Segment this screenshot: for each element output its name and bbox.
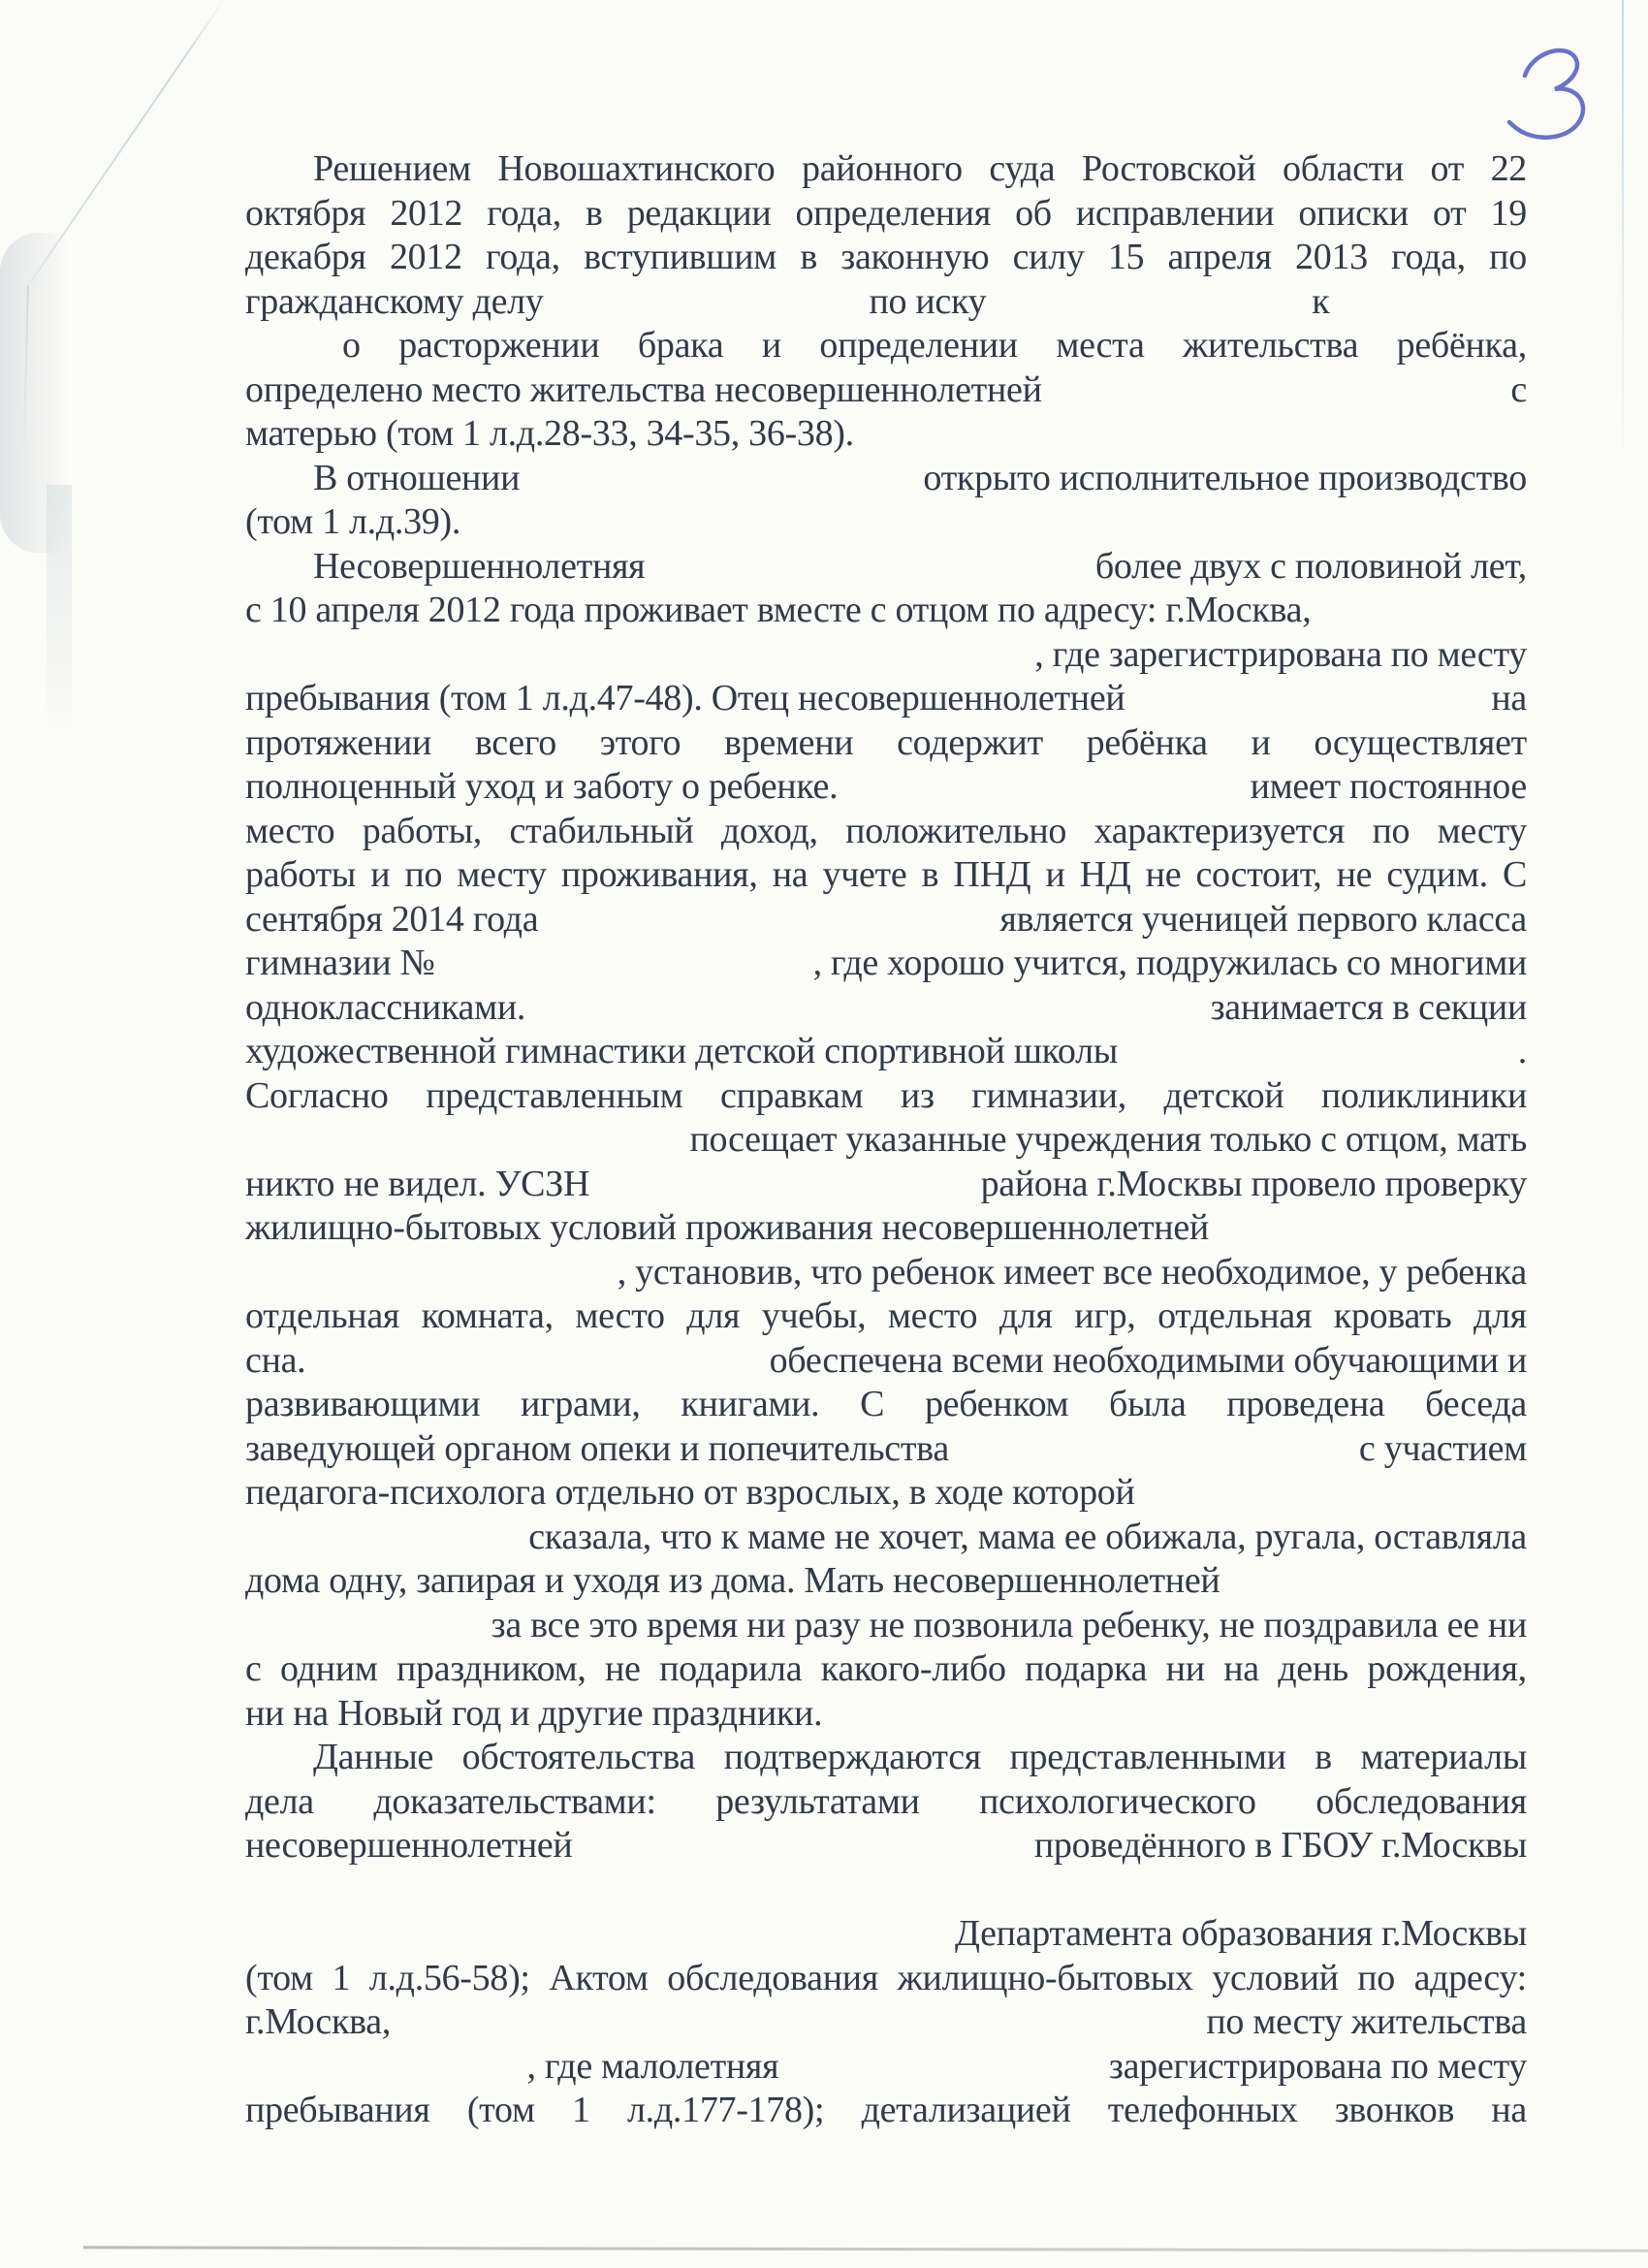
word: этого <box>600 721 681 764</box>
text-line: соднимпраздником,неподарилакакого-либопо… <box>245 1647 1527 1692</box>
redacted-gap <box>572 1856 1033 1857</box>
word: подтверждаются <box>724 1736 981 1778</box>
word: для <box>999 1294 1053 1337</box>
word: стабильный <box>509 810 693 852</box>
word: поликлиники <box>1321 1074 1527 1117</box>
word: кровать <box>1334 1294 1452 1337</box>
text-line: Департамента образования г.Москвы <box>245 1912 1527 1957</box>
redacted-gap <box>1311 621 1527 622</box>
redacted-gap <box>245 1944 955 1945</box>
redacted-gap <box>245 1150 689 1151</box>
word: из <box>901 1074 935 1117</box>
redacted-gap <box>435 974 813 974</box>
redacted-gap <box>1042 400 1511 401</box>
text-segment: жилищно-бытовых условий проживания несов… <box>245 1206 1209 1249</box>
word: л.д.56-58); <box>369 1957 530 1999</box>
text-line: гражданскому делупо искук <box>245 280 1527 325</box>
text-segment: Департамента образования г.Москвы <box>955 1912 1527 1955</box>
text-segment: г.Москва, <box>245 2000 391 2043</box>
word: расторжении <box>398 324 599 367</box>
redacted-gap <box>589 1195 980 1196</box>
word: ребёнка <box>1087 721 1208 764</box>
text-segment: , где малолетняя <box>527 2045 779 2088</box>
word: всего <box>475 721 556 764</box>
word: и <box>1252 721 1271 764</box>
text-line: за все это время ни разу не позвонила ре… <box>245 1604 1527 1648</box>
text-segment: педагога-психолога отдельно от взрослых,… <box>245 1471 1135 1514</box>
redacted-gap <box>838 797 1250 798</box>
word: суда <box>989 147 1055 190</box>
text-segment: более двух с половиной лет, <box>1095 545 1527 588</box>
word: обследования <box>667 1957 878 1999</box>
redacted-gap <box>949 1459 1359 1460</box>
word: не <box>1337 853 1373 896</box>
text-line: художественной гимнастики детской спорти… <box>245 1030 1527 1074</box>
text-line: местоработы,стабильныйдоход,положительно… <box>245 810 1527 854</box>
word: детализацией <box>862 2089 1071 2131</box>
word: определения <box>795 192 991 235</box>
text-segment: с <box>1510 368 1527 411</box>
word: Согласно <box>245 1074 389 1117</box>
word: отдельная <box>245 1294 399 1337</box>
text-line: г.Москва,по месту жительства <box>245 2000 1527 2045</box>
word: силу <box>1013 236 1085 278</box>
text-line: с 10 апреля 2012 года проживает вместе с… <box>245 589 1527 633</box>
word: одним <box>280 1647 377 1690</box>
scanned-document-page: РешениемНовошахтинскогорайонногосудаРост… <box>0 0 1648 2268</box>
word: редакции <box>627 192 772 235</box>
word: проживания, <box>561 853 758 896</box>
text-segment: зарегистрирована по месту <box>1109 2045 1527 2088</box>
word: протяжении <box>245 721 431 764</box>
text-segment: сентября 2014 года <box>245 898 538 941</box>
word: представленным <box>426 1074 682 1117</box>
word: на <box>773 853 808 896</box>
word: ребёнка, <box>1397 324 1527 367</box>
text-line: полноценный уход и заботу о ребенке.имее… <box>245 765 1527 810</box>
text-line: протяжениивсегоэтоговременисодержитребён… <box>245 721 1527 766</box>
word: жилищно-бытовых <box>898 1957 1193 1999</box>
text-line: сентября 2014 годаявляется ученицей перв… <box>245 898 1527 942</box>
word: на <box>1491 2089 1527 2131</box>
word: судим. <box>1386 853 1487 896</box>
word: адресу: <box>1414 1957 1527 1999</box>
word: 1 <box>572 2089 590 2131</box>
word: 19 <box>1491 192 1527 235</box>
word: Решением <box>313 147 471 190</box>
word: отдельная <box>1157 1294 1312 1337</box>
text-segment: (том 1 л.д.39). <box>245 500 460 543</box>
redacted-gap <box>1209 1238 1527 1239</box>
word: учете <box>822 853 906 896</box>
word: дела <box>245 1780 314 1823</box>
word: место <box>575 1294 664 1337</box>
word: и <box>370 853 390 896</box>
text-segment: Несовершеннолетняя <box>313 545 645 588</box>
word: рождения, <box>1367 1647 1526 1690</box>
word: учебы, <box>762 1294 867 1337</box>
word: проведена <box>1226 1383 1384 1425</box>
text-segment: ни на Новый год и другие праздники. <box>245 1692 822 1735</box>
text-line: заведующей органом опеки и попечительств… <box>245 1427 1527 1472</box>
text-line: сна.обеспечена всеми необходимыми обучаю… <box>245 1339 1527 1384</box>
word: обследования <box>1315 1780 1527 1823</box>
word: места <box>1056 324 1144 367</box>
word: и <box>762 324 781 367</box>
text-segment: полноценный уход и заботу о ребенке. <box>245 765 838 808</box>
word: от <box>1433 192 1467 235</box>
scan-left-edge-shadow <box>0 233 92 553</box>
word: районного <box>802 147 963 190</box>
word: с <box>245 1647 262 1690</box>
redacted-gap <box>245 1283 618 1284</box>
text-segment: гражданскому делу <box>245 280 544 323</box>
text-line: никто не видел. УСЗНрайона г.Москвы пров… <box>245 1163 1527 1207</box>
text-segment: . <box>1518 1030 1527 1072</box>
word: описки <box>1298 192 1409 235</box>
word: Новошахтинского <box>497 147 775 190</box>
word: месту <box>1438 810 1527 852</box>
text-line <box>245 1869 1527 1913</box>
text-segment: открыто исполнительное производство <box>923 457 1527 499</box>
word: Ростовской <box>1082 147 1256 190</box>
text-segment: сказала, что к маме не хочет, мама ее об… <box>528 1516 1527 1558</box>
text-line: В отношенииоткрыто исполнительное произв… <box>245 457 1527 501</box>
word: от <box>1431 147 1465 190</box>
text-segment: гимназии № <box>245 942 435 984</box>
word: месту <box>457 853 546 896</box>
word: ПНД <box>953 853 1030 896</box>
redacted-gap <box>1135 1503 1527 1504</box>
text-segment: , где хорошо учится, подружилась со мног… <box>813 942 1527 984</box>
word: состоит, <box>1195 853 1321 896</box>
word: была <box>1109 1383 1187 1425</box>
word: года, <box>486 236 560 278</box>
text-line: РешениемНовошахтинскогорайонногосудаРост… <box>245 147 1527 192</box>
word: ни <box>1166 1647 1205 1690</box>
word: доказательствами: <box>373 1780 655 1823</box>
text-line: матерью (том 1 л.д.28-33, 34-35, 36-38). <box>245 412 1527 457</box>
text-segment: , где зарегистрирована по месту <box>1034 633 1527 676</box>
text-line: (том 1 л.д.39). <box>245 500 1527 545</box>
word: года, <box>487 192 561 235</box>
word: книгами. <box>681 1383 819 1425</box>
word: беседа <box>1425 1383 1527 1425</box>
redacted-gap <box>1220 1591 1527 1592</box>
word: С <box>860 1383 884 1425</box>
text-line: Данныеобстоятельстваподтверждаютсяпредст… <box>245 1736 1527 1780</box>
text-line: декабря2012года,вступившимвзаконнуюсилу1… <box>245 236 1527 280</box>
word: игр, <box>1074 1294 1135 1337</box>
word: для <box>686 1294 740 1337</box>
text-segment: к <box>1312 280 1329 323</box>
text-segment: с участием <box>1359 1427 1527 1470</box>
word: работы <box>245 853 356 896</box>
word: 2013 <box>1295 236 1368 278</box>
word: место <box>245 810 334 852</box>
redacted-gap <box>1118 1062 1518 1063</box>
word: положительно <box>845 810 1066 852</box>
scan-right-edge-line <box>1622 0 1624 446</box>
text-line: одноклассниками.занимается в секции <box>245 986 1527 1031</box>
text-line: октября2012года,вредакцииопределенияобис… <box>245 192 1527 237</box>
word: праздником, <box>396 1647 586 1690</box>
text-segment: несовершеннолетней <box>245 1824 572 1867</box>
redacted-gap <box>1329 312 1527 313</box>
word: доход, <box>721 810 818 852</box>
word: 2012 <box>390 192 462 235</box>
redacted-gap <box>245 665 1034 666</box>
text-segment: на <box>1491 677 1527 719</box>
text-segment: одноклассниками. <box>245 986 525 1029</box>
word: не <box>1146 853 1182 896</box>
word: материалы <box>1360 1736 1526 1778</box>
text-segment: по иску <box>869 280 986 323</box>
word: по <box>1357 1957 1395 1999</box>
text-segment: района г.Москвы провело проверку <box>981 1163 1527 1205</box>
word: Данные <box>313 1736 433 1778</box>
word: апреля <box>1168 236 1272 278</box>
word: об <box>1015 192 1052 235</box>
text-segment: является ученицей первого класса <box>999 898 1527 941</box>
word: в <box>800 236 817 278</box>
word: 1 <box>333 1957 351 1999</box>
text-segment: сна. <box>245 1339 305 1382</box>
word: области <box>1283 147 1404 190</box>
redacted-gap <box>538 930 999 931</box>
scan-fold-line-lower <box>23 286 29 446</box>
word: брака <box>638 324 723 367</box>
text-line: орасторжениибракаиопределенииместажитель… <box>245 324 1527 368</box>
scan-left-edge-shadow-2 <box>47 485 72 737</box>
word: комната, <box>422 1294 554 1337</box>
text-line: несовершеннолетнейпроведённого в ГБОУ г.… <box>245 1824 1527 1869</box>
text-segment: никто не видел. УСЗН <box>245 1163 589 1205</box>
word: играми, <box>521 1383 641 1425</box>
text-segment: с 10 апреля 2012 года проживает вместе с… <box>245 589 1311 631</box>
text-line: , где зарегистрирована по месту <box>245 633 1527 678</box>
redacted-gap <box>391 2032 1206 2033</box>
redacted-gap <box>520 489 923 490</box>
redacted-gap <box>245 1636 491 1637</box>
word: в <box>922 853 939 896</box>
word: л.д.177-178); <box>627 2089 824 2131</box>
text-segment: В отношении <box>313 457 520 499</box>
text-segment: за все это время ни разу не позвонила ре… <box>491 1604 1527 1646</box>
text-segment: матерью (том 1 л.д.28-33, 34-35, 36-38). <box>245 412 854 455</box>
text-segment: определено место жительства несовершенно… <box>245 368 1042 411</box>
word: вступившим <box>584 236 776 278</box>
redacted-gap <box>986 312 1312 313</box>
word: какого-либо <box>821 1647 1006 1690</box>
word: телефонных <box>1108 2089 1298 2131</box>
redacted-gap <box>305 1371 769 1372</box>
word: детской <box>1163 1074 1284 1117</box>
word: по <box>404 853 442 896</box>
word: по <box>1489 236 1527 278</box>
word: НД <box>1080 853 1131 896</box>
text-segment: посещает указанные учреждения только с о… <box>689 1118 1527 1161</box>
text-segment: проведённого в ГБОУ г.Москвы <box>1034 1824 1527 1867</box>
word: 15 <box>1108 236 1144 278</box>
redacted-gap <box>245 1869 1527 1869</box>
redacted-gap <box>645 577 1095 578</box>
text-line: ни на Новый год и другие праздники. <box>245 1692 1527 1737</box>
word: обстоятельства <box>462 1736 695 1778</box>
text-line: пребывания (том 1 л.д.47-48). Отец несов… <box>245 677 1527 721</box>
scan-bottom-edge-line <box>83 2246 1648 2252</box>
word: ребенком <box>925 1383 1068 1425</box>
word: осуществляет <box>1314 721 1527 764</box>
word: и <box>1046 853 1065 896</box>
word: содержит <box>897 721 1043 764</box>
word: законную <box>840 236 989 278</box>
word: не <box>605 1647 641 1690</box>
word: представленными <box>1010 1736 1286 1778</box>
text-segment: занимается в секции <box>1211 986 1527 1029</box>
text-segment: , установив, что ребенок имеет все необх… <box>618 1251 1527 1294</box>
word: условий <box>1212 1957 1338 1999</box>
text-line: развивающимииграми,книгами.Сребенкомбыла… <box>245 1383 1527 1427</box>
text-line: отдельнаякомната,местодляучебы,местодляи… <box>245 1294 1527 1339</box>
redacted-gap <box>525 1018 1210 1019</box>
word: психологического <box>979 1780 1256 1823</box>
scan-fold-line <box>26 0 225 288</box>
word: времени <box>724 721 853 764</box>
word: 2012 <box>390 236 462 278</box>
word: характеризуется <box>1094 810 1346 852</box>
redacted-gap <box>1125 709 1491 710</box>
word: года, <box>1391 236 1466 278</box>
text-line: посещает указанные учреждения только с о… <box>245 1118 1527 1163</box>
word: декабря <box>245 236 366 278</box>
word: день <box>1278 1647 1348 1690</box>
word: гимназии, <box>971 1074 1126 1117</box>
redacted-gap <box>245 2077 527 2078</box>
text-segment: обеспечена всеми необходимыми обучающими… <box>770 1339 1527 1382</box>
text-line: деладоказательствами:результатамипсихоло… <box>245 1780 1527 1825</box>
word: подарила <box>659 1647 802 1690</box>
text-line: Согласнопредставленнымсправкамизгимназии… <box>245 1074 1527 1119</box>
text-segment: имеет постоянное <box>1251 765 1527 808</box>
text-segment: пребывания (том 1 л.д.47-48). Отец несов… <box>245 677 1125 719</box>
word: в <box>1315 1736 1332 1778</box>
word: определении <box>819 324 1017 367</box>
word: октября <box>245 192 365 235</box>
word: о <box>342 324 361 367</box>
text-segment: заведующей органом опеки и попечительств… <box>245 1427 949 1470</box>
word: по <box>1372 810 1410 852</box>
text-line: педагога-психолога отдельно от взрослых,… <box>245 1471 1527 1516</box>
word: (том <box>467 2089 535 2131</box>
redacted-gap <box>544 312 870 313</box>
text-segment: по месту жительства <box>1206 2000 1527 2043</box>
word: развивающими <box>245 1383 480 1425</box>
text-line: пребывания(том1л.д.177-178);детализацией… <box>245 2089 1527 2133</box>
text-line: жилищно-бытовых условий проживания несов… <box>245 1206 1527 1251</box>
redacted-gap <box>778 2077 1109 2078</box>
word: справкам <box>720 1074 863 1117</box>
word: работы, <box>363 810 482 852</box>
word: 22 <box>1491 147 1527 190</box>
text-line: сказала, что к маме не хочет, мама ее об… <box>245 1516 1527 1560</box>
word: (том <box>245 1957 313 1999</box>
text-segment: художественной гимнастики детской спорти… <box>245 1030 1118 1072</box>
text-line: Несовершеннолетняяболее двух с половиной… <box>245 545 1527 590</box>
word: С <box>1503 853 1527 896</box>
word: место <box>888 1294 977 1337</box>
redacted-gap <box>245 1548 528 1549</box>
word: Актом <box>549 1957 648 1999</box>
text-line: гимназии №, где хорошо учится, подружила… <box>245 942 1527 986</box>
document-text: РешениемНовошахтинскогорайонногосудаРост… <box>245 147 1527 2133</box>
text-line: , где малолетняязарегистрирована по мест… <box>245 2045 1527 2090</box>
word: звонков <box>1335 2089 1454 2131</box>
word: результатами <box>715 1780 919 1823</box>
text-segment: дома одну, запирая и уходя из дома. Мать… <box>245 1559 1220 1602</box>
word: пребывания <box>245 2089 430 2131</box>
word: жительства <box>1183 324 1358 367</box>
word: подарка <box>1025 1647 1147 1690</box>
text-line: определено место жительства несовершенно… <box>245 368 1527 413</box>
text-line: (том1л.д.56-58);Актомобследованияжилищно… <box>245 1957 1527 2001</box>
word: в <box>586 192 603 235</box>
text-line: , установив, что ребенок имеет все необх… <box>245 1251 1527 1295</box>
word: для <box>1474 1294 1527 1337</box>
word: на <box>1223 1647 1259 1690</box>
text-line: работыипоместупроживания,научетевПНДиНДн… <box>245 853 1527 898</box>
word: исправлении <box>1076 192 1274 235</box>
text-line: дома одну, запирая и уходя из дома. Мать… <box>245 1559 1527 1604</box>
